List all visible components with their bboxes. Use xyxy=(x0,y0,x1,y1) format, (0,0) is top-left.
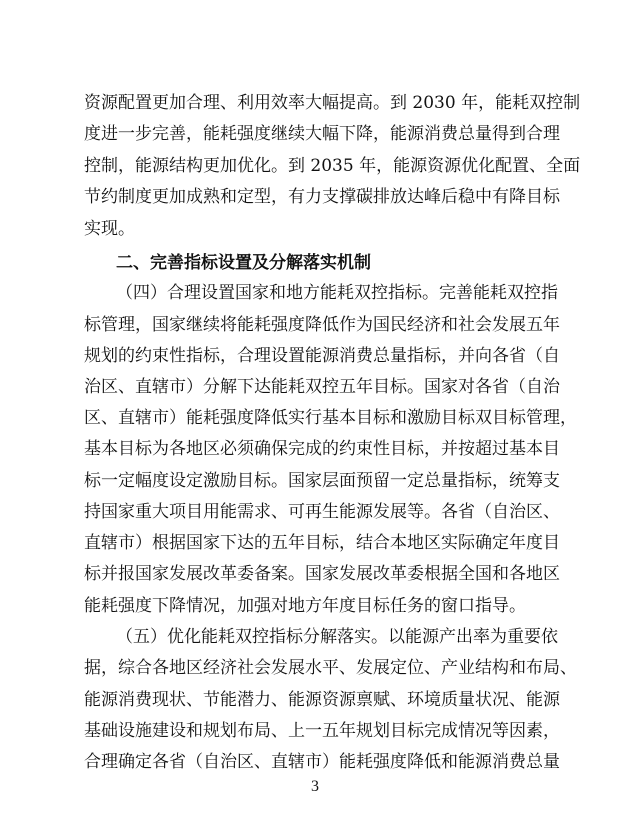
body-text-line: 合理确定各省（自治区、直辖市）能耗强度降低和能源消费总量 xyxy=(84,751,546,773)
body-text-line: （四）合理设置国家和地方能耗双控指标。完善能耗双控指 xyxy=(116,282,546,304)
body-text-line: 据，综合各地区经济社会发展水平、发展定位、产业结构和布局、 xyxy=(84,657,546,679)
document-page: 资源配置更加合理、利用效率大幅提高。到 2030 年，能耗双控制 度进一步完善，… xyxy=(0,0,630,820)
body-text-line: 直辖市）根据国家下达的五年目标，结合本地区实际确定年度目 xyxy=(84,532,546,554)
body-text-line: 标一定幅度设定激励目标。国家层面预留一定总量指标，统筹支 xyxy=(84,470,546,492)
body-text-line: 能耗强度下降情况，加强对地方年度目标任务的窗口指导。 xyxy=(84,595,546,617)
body-text-line: 控制，能源结构更加优化。到 2035 年，能源资源优化配置、全面 xyxy=(84,155,546,177)
body-text-line: 治区、直辖市）分解下达能耗双控五年目标。国家对各省（自治 xyxy=(84,376,546,398)
body-text-line: 区、直辖市）能耗强度降低实行基本目标和激励目标双目标管理， xyxy=(84,407,546,429)
body-text-line: （五）优化能耗双控指标分解落实。以能源产出率为重要依 xyxy=(116,626,546,648)
page-number: 3 xyxy=(0,778,630,796)
body-text-line: 基础设施建设和规划布局、上一五年规划目标完成情况等因素， xyxy=(84,720,546,742)
body-text-line: 基本目标为各地区必须确保完成的约束性目标，并按超过基本目 xyxy=(84,438,546,460)
body-text-line: 持国家重大项目用能需求、可再生能源发展等。各省（自治区、 xyxy=(84,501,546,523)
body-text-line: 标并报国家发展改革委备案。国家发展改革委根据全国和各地区 xyxy=(84,563,546,585)
body-text-line: 标管理，国家继续将能耗强度降低作为国民经济和社会发展五年 xyxy=(84,314,546,336)
body-text-line: 实现。 xyxy=(84,218,546,240)
section-heading: 二、完善指标设置及分解落实机制 xyxy=(116,252,371,274)
body-text-line: 能源消费现状、节能潜力、能源资源禀赋、环境质量状况、能源 xyxy=(84,689,546,711)
body-text-line: 节约制度更加成熟和定型，有力支撑碳排放达峰后稳中有降目标 xyxy=(84,186,546,208)
body-text-line: 度进一步完善，能耗强度继续大幅下降，能源消费总量得到合理 xyxy=(84,123,546,145)
body-text-line: 资源配置更加合理、利用效率大幅提高。到 2030 年，能耗双控制 xyxy=(84,92,546,114)
body-text-line: 规划的约束性指标，合理设置能源消费总量指标，并向各省（自 xyxy=(84,345,546,367)
